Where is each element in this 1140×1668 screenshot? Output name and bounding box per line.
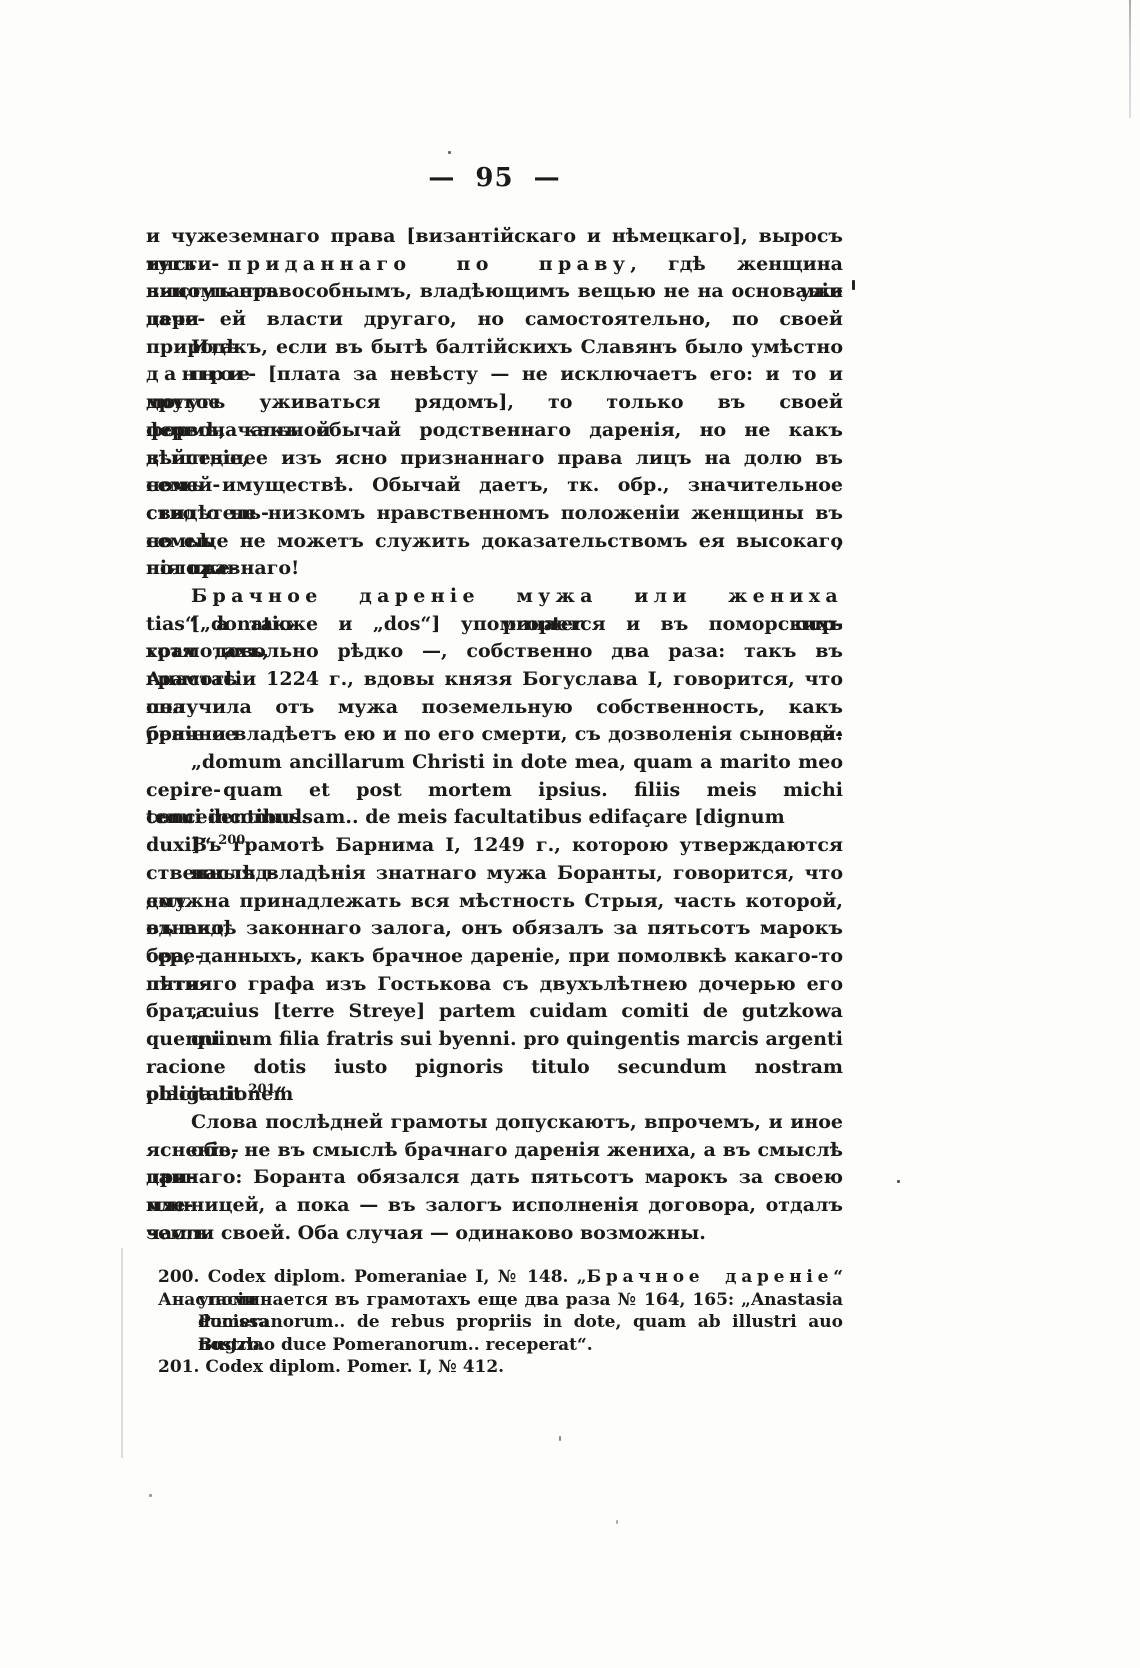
text-line: „domum ancillarum Christi in dote mea, q… [146,749,843,777]
text-segment: земли своей. Оба случая — одинаково возм… [146,1222,706,1244]
page-number: — 95 — [146,163,843,193]
text-line: получила отъ мужа поземельную собственно… [146,694,843,722]
emphasized-text: данное [146,363,255,385]
text-line: вышедшее изъ ясно признаннаго права лицъ… [146,445,843,473]
scan-speck [897,1180,900,1183]
text-line: лицомъ правособнымъ, владѣющимъ вещью не… [146,278,843,306]
text-line: ственныя владѣнія знатнаго мужа Боранты,… [146,860,843,888]
text-line: obligauit 201“. [146,1081,843,1109]
text-line: Брачное дареніе мужа или жениха [„donati… [146,583,843,611]
text-line: Слова послѣдней грамоты допускаютъ, впро… [146,1109,843,1137]
text-line: 200. Codex diplom. Pomeraniae I, № 148. … [158,1266,843,1289]
text-line: но еще не можетъ служить доказательством… [146,528,843,556]
text-line: хотя довольно рѣдко —, собственно два ра… [146,638,843,666]
text-segment: quenni cum filia fratris sui byenni. pro… [146,1028,843,1050]
text-line: ясненіе, не въ смыслѣ брачнаго даренія ж… [146,1137,843,1165]
scan-edge-line [121,1248,123,1458]
text-line: реніе и владѣетъ ею и по его смерти, съ … [146,721,843,749]
text-line: земли своей. Оба случая — одинаково возм… [146,1220,843,1248]
scan-speck [448,151,451,154]
text-line: Въ грамотѣ Барнима I, 1249 г., которою у… [146,832,843,860]
text-line: номъ имуществѣ. Обычай даетъ, тк. обр., … [146,472,843,500]
text-line: лѣтняго графа изъ Гостькова съ двухълѣтн… [146,971,843,999]
text-line: мянницей, а пока — въ залогъ исполненія … [146,1192,843,1220]
text-line: tenui inconuulsam.. de meis facultatibus… [146,804,843,832]
text-line: тутъ приданнаго по праву, гдѣ женщина вы… [146,251,843,279]
emphasized-text: Брачное дареніе [587,1267,834,1287]
text-segment: 200. Codex diplom. Pomeraniae I, № 148. … [158,1267,587,1287]
scan-speck [559,1436,561,1441]
footnotes: 200. Codex diplom. Pomeraniae I, № 148. … [158,1266,843,1379]
text-line: racione dotis iusto pignoris titulo secu… [146,1054,843,1082]
emphasized-text: приданнаго по праву [228,253,631,275]
text-line: cepi. quam et post mortem ipsius. filiis… [146,777,843,805]
text-line: tias“ а также и „dos“] упоминается и въ … [146,611,843,639]
scan-speck [852,280,855,290]
body-text: и чужеземнаго права [византійскаго и нѣм… [146,223,843,1247]
text-line: должна принадлежать вся мѣстность Стрыя,… [146,888,843,916]
scan-edge-line [1129,0,1131,118]
scan-speck [149,1494,152,1497]
text-segment: тутъ [146,253,228,275]
text-line: 201. Codex diplom. Pomer. I, № 412. [158,1356,843,1379]
footnote-ref: 201 [248,1082,275,1097]
text-line: дачи ей власти другаго, но самостоятельн… [146,306,843,334]
text-line: Pomeranorum.. de rebus propriis in dote,… [158,1311,843,1334]
text-line: въ видѣ законнаго залога, онъ обязалъ за… [146,915,843,943]
text-line: упоминается въ грамотахъ еще два раза № … [158,1289,843,1312]
text-segment: “. [276,1083,294,1105]
text-segment: Итакъ, если въ бытѣ балтійскихъ Славянъ … [191,336,843,358]
text-segment: 201. Codex diplom. Pomer. I, № 412. [158,1357,504,1377]
text-line: формѣ, какъ обычай родственнаго даренія,… [146,417,843,445]
text-segment: obligauit [146,1083,248,1105]
scan-speck [616,1520,618,1524]
text-segment: Bugzlao duce Pomeranorum.. receperat“. [198,1335,593,1355]
text-line: ство о не низкомъ нравственномъ положені… [146,500,843,528]
emphasized-text: Брачное дареніе мужа или жениха [191,585,843,607]
text-segment: нія правнаго! [146,557,299,579]
text-line: нія правнаго! [146,555,843,583]
footnote-ref: 200 [218,833,245,848]
text-line: Анастасіи 1224 г., вдовы князя Богуслава… [146,666,843,694]
text-line: даннаго: Боранта обязался дать пятьсотъ … [146,1164,843,1192]
text-segment: реніе и владѣетъ ею и по его смерти, съ … [146,723,843,745]
text-line: бра, данныхъ, какъ брачное дареніе, при … [146,943,843,971]
text-line: Bugzlao duce Pomeranorum.. receperat“. [158,1334,843,1357]
scanned-book-page: — 95 — и чужеземнаго права [византійскаг… [0,0,1140,1668]
text-line: quenni cum filia fratris sui byenni. pro… [146,1026,843,1054]
text-line: могутъ уживаться рядомъ], то только въ с… [146,389,843,417]
text-line: Итакъ, если въ бытѣ балтійскихъ Славянъ … [146,334,843,362]
text-line: „cuius [terre Streye] partem cuidam comi… [146,998,843,1026]
text-line: данное [плата за невѣсту — не исключаетъ… [146,361,843,389]
text-line: и чужеземнаго права [византійскаго и нѣм… [146,223,843,251]
